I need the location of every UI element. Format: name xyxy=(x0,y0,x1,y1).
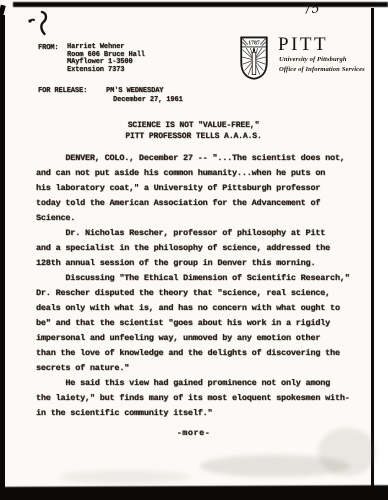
text-line: his laboratory coat," a University of Pi… xyxy=(36,181,358,196)
release-time: PM'S WEDNESDAY xyxy=(106,87,163,95)
text-line: Extension 7373 xyxy=(67,67,145,75)
paragraph-2: Dr. Nicholas Rescher, professor of philo… xyxy=(36,226,358,271)
text-line: Discussing "The Ethical Dimension of Sci… xyxy=(36,271,358,286)
text-line: Dr. Rescher disputed the theory that "sc… xyxy=(36,286,358,301)
scan-edge-left xyxy=(0,15,5,488)
logo-office-line: Office of Information Services xyxy=(279,66,365,73)
text-line: Dr. Nicholas Rescher, professor of philo… xyxy=(36,226,358,241)
headline-line-1: SCIENCE IS NOT "VALUE-FREE," xyxy=(36,121,351,132)
text-line: He said this view had gained prominence … xyxy=(36,376,358,391)
text-line: DENVER, COLO., December 27 -- "...The sc… xyxy=(36,151,358,166)
pitt-shield-icon: 1787 xyxy=(240,36,268,80)
text-line: deals only with what is, and has no conc… xyxy=(36,301,358,316)
headline-line-2: PITT PROFESSOR TELLS A.A.A.S. xyxy=(36,132,351,143)
scan-edge-top xyxy=(13,2,388,7)
paragraph-3: Discussing "The Ethical Dimension of Sci… xyxy=(36,271,358,376)
headline: SCIENCE IS NOT "VALUE-FREE," PITT PROFES… xyxy=(36,121,351,142)
shield-year: 1787 xyxy=(248,41,260,47)
text-line: Science. xyxy=(36,211,358,226)
text-line: today told the American Association for … xyxy=(36,196,358,211)
text-line: impersonal and unfeeling way, unmoved by… xyxy=(36,331,358,346)
text-line: in the scientific community itself." xyxy=(36,406,358,421)
pitt-wordmark: PITT xyxy=(278,34,328,56)
text-line: secrets of nature." xyxy=(36,361,358,376)
from-contact-block: Harriet WehnerRoom 606 Bruce HallMAyflow… xyxy=(67,44,145,74)
logo-university-line: University of Pittsburgh xyxy=(279,56,347,63)
scanner-bed-strip xyxy=(375,0,388,486)
paragraph-1: DENVER, COLO., December 27 -- "...The sc… xyxy=(36,151,358,226)
release-label: FOR RELEASE: xyxy=(38,87,87,95)
handwritten-mark xyxy=(24,9,56,39)
scan-edge-bottom xyxy=(0,485,388,500)
handwritten-page-number: 75 xyxy=(302,1,320,18)
body-text: DENVER, COLO., December 27 -- "...The sc… xyxy=(36,151,358,421)
text-line: and a specialist in the philosophy of sc… xyxy=(36,241,358,256)
from-label: FROM: xyxy=(38,44,59,52)
paragraph-4: He said this view had gained prominence … xyxy=(36,376,358,421)
text-line: the laiety," but finds many of its most … xyxy=(36,391,358,406)
release-date: December 27, 1961 xyxy=(113,96,183,104)
more-marker: -more- xyxy=(36,428,351,438)
text-line: and can not put aside his common humanit… xyxy=(36,166,358,181)
text-line: 128th annual session of the group in Den… xyxy=(36,256,358,271)
scanned-press-release-page: 75 FROM: Harriet WehnerRoom 606 Bruce Ha… xyxy=(0,0,388,500)
text-line: than the love of knowledge and the delig… xyxy=(36,346,358,361)
scan-noise xyxy=(60,470,190,484)
scan-edge-right xyxy=(371,8,374,488)
text-line: be" and that the scientist "goes about h… xyxy=(36,316,358,331)
